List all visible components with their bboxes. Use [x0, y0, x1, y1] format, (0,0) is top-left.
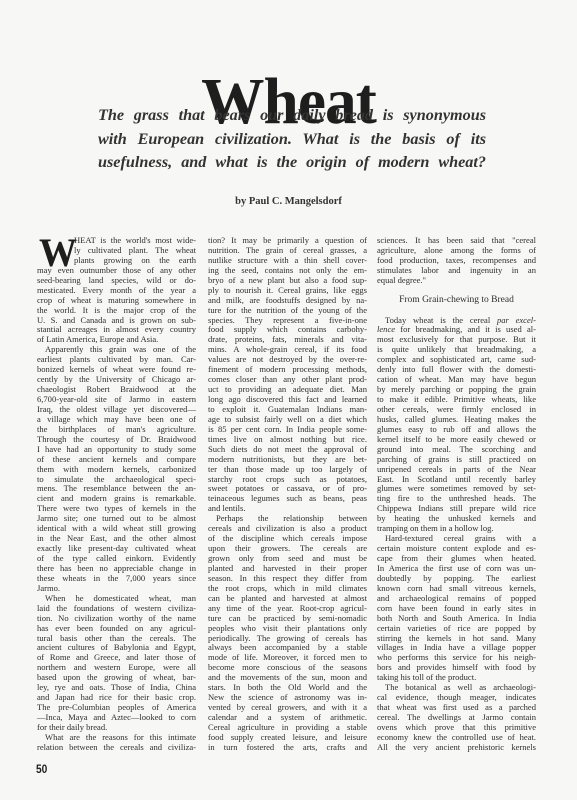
article-dek: The grass that bears our daily bread is … — [98, 104, 486, 175]
text-line: them with modern kernels, carbonized — [37, 465, 196, 475]
text-line: in turn fostered the arts, crafts and — [208, 743, 367, 753]
column-left: HEAT is the world's most wide-ly cultiva… — [37, 236, 196, 753]
dek-line: with European civilization. What is the … — [98, 128, 486, 152]
text-line: unripened cereals in parts of the Near — [377, 465, 536, 475]
magazine-page: Wheat The grass that bears our daily bre… — [0, 0, 577, 800]
text-line: these wheats in the 7,000 years since — [37, 574, 196, 584]
column-right: sciences. It has been said that "cereala… — [377, 236, 536, 753]
byline: by Paul C. Mangelsdorf — [0, 196, 577, 207]
text-line: certain varieties of rice are popped by — [377, 624, 536, 634]
text-line: relation between the cereals and civiliz… — [37, 743, 196, 753]
dek-line: usefulness, and what is the origin of mo… — [98, 151, 486, 175]
column-middle: tion? It may be primarily a question ofn… — [208, 236, 367, 753]
text-line: equal degree." — [377, 276, 536, 286]
text-line: has ever been founded on any agricul- — [37, 624, 196, 634]
section-heading: From Grain-chewing to Bread — [377, 296, 536, 306]
dek-line: The grass that bears our daily bread is … — [98, 104, 486, 128]
page-number: 50 — [36, 762, 47, 776]
text-line: ter than those made up too largely of — [208, 465, 367, 475]
text-line: ture for the nutrition of the young of t… — [208, 306, 367, 316]
text-line: peoples who visit their plantations only — [208, 624, 367, 634]
text-line: the world. It is the major crop of the — [37, 306, 196, 316]
text-line: All the very ancient prehistoric kernels — [377, 743, 536, 753]
